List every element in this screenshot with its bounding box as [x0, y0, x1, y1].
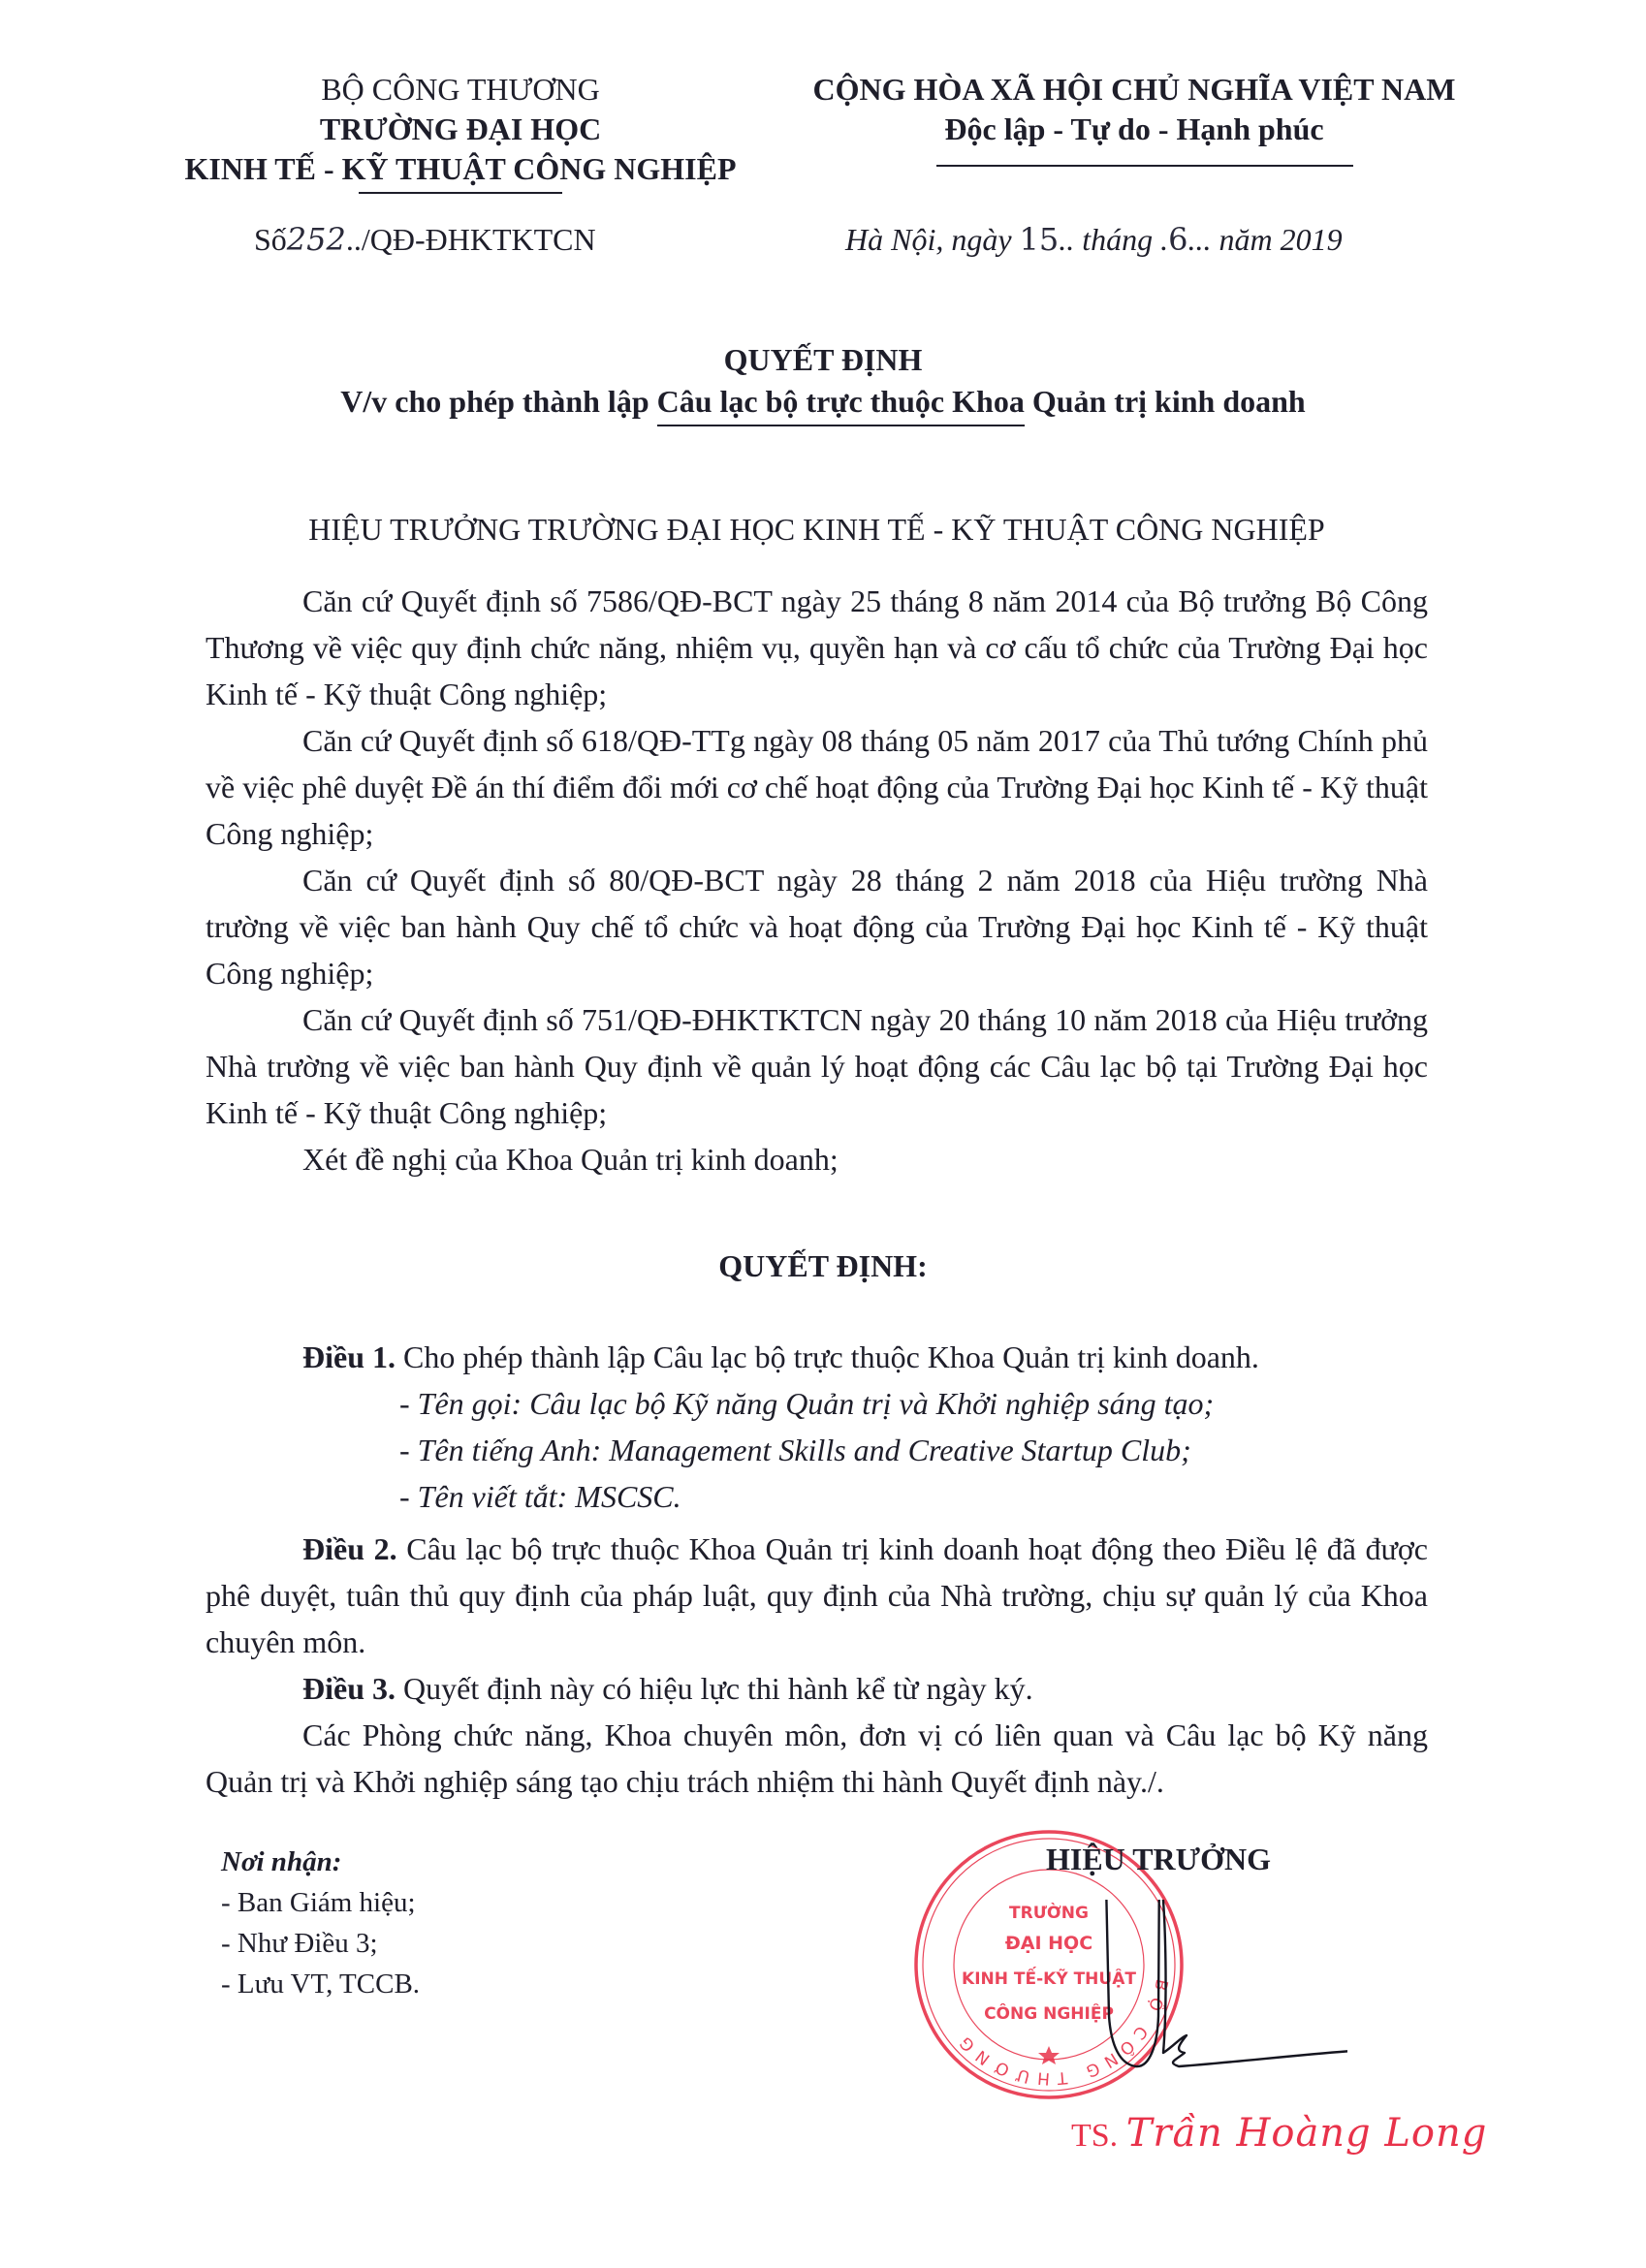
recipient-item: - Lưu VT, TCCB. [221, 1964, 420, 2004]
number-prefix: Số [254, 222, 287, 257]
document-title: QUYẾT ĐỊNH [0, 339, 1646, 381]
article-1-item: - Tên gọi: Câu lạc bộ Kỹ năng Quản trị v… [206, 1380, 1428, 1427]
preamble-paragraph: Căn cứ Quyết định số 80/QĐ-BCT ngày 28 t… [206, 857, 1428, 996]
preamble-paragraph: Căn cứ Quyết định số 618/QĐ-TTg ngày 08 … [206, 717, 1428, 857]
handwritten-number: 252 [287, 221, 346, 258]
month-dots: ... [1188, 222, 1212, 257]
national-motto-block: CỘNG HÒA XÃ HỘI CHỦ NGHĨA VIỆT NAM Độc l… [795, 70, 1473, 149]
number-suffix: /QĐ-ĐHKTKTCN [362, 222, 596, 257]
article-3: Điều 3. Quyết định này có hiệu lực thi h… [206, 1665, 1428, 1712]
ministry-name: BỘ CÔNG THƯƠNG [165, 70, 756, 110]
article-1-item: - Tên viết tắt: MSCSC. [206, 1473, 1428, 1520]
subject-part: V/v cho phép thành lập [340, 384, 656, 419]
number-dots: .. [346, 222, 362, 257]
article-1: Điều 1. Cho phép thành lập Câu lạc bộ tr… [206, 1334, 1428, 1380]
agency-underline [359, 192, 562, 194]
decision-heading: QUYẾT ĐỊNH: [0, 1248, 1646, 1284]
recipient-item: - Như Điều 3; [221, 1923, 420, 1964]
university-name-line2: KINH TẾ - KỸ THUẬT CÔNG NGHIỆP [165, 149, 756, 189]
document-number: Số252../QĐ-ĐHKTKTCN [254, 221, 596, 258]
handwritten-day: 15 [1020, 221, 1060, 258]
preamble: Căn cứ Quyết định số 7586/QĐ-BCT ngày 25… [206, 578, 1428, 1182]
article-text: Quyết định này có hiệu lực thi hành kể t… [396, 1671, 1033, 1706]
subject-part: Quản trị kinh doanh [1025, 384, 1306, 419]
issuing-agency-block: BỘ CÔNG THƯƠNG TRƯỜNG ĐẠI HỌC KINH TẾ - … [165, 70, 756, 189]
article-1-item: - Tên tiếng Anh: Management Skills and C… [206, 1427, 1428, 1473]
country-name: CỘNG HÒA XÃ HỘI CHỦ NGHĨA VIỆT NAM [795, 70, 1473, 110]
preamble-paragraph: Xét đề nghị của Khoa Quản trị kinh doanh… [206, 1136, 1428, 1182]
recipients-block: Nơi nhận: - Ban Giám hiệu; - Như Điều 3;… [221, 1842, 420, 2004]
day-dots: .. [1059, 222, 1074, 257]
preamble-paragraph: Căn cứ Quyết định số 7586/QĐ-BCT ngày 25… [206, 578, 1428, 717]
signer-title: HIỆU TRƯỞNG [1008, 1842, 1309, 1877]
article-label: Điều 3. [302, 1671, 396, 1706]
month-label: tháng . [1074, 222, 1168, 257]
national-motto: Độc lập - Tự do - Hạnh phúc [795, 110, 1473, 149]
recipients-heading: Nơi nhận: [221, 1842, 420, 1882]
article-label: Điều 1. [302, 1339, 396, 1374]
recipient-item: - Ban Giám hiệu; [221, 1882, 420, 1923]
motto-underline [936, 165, 1353, 167]
article-2: Điều 2. Câu lạc bộ trực thuộc Khoa Quản … [206, 1526, 1428, 1665]
articles: Điều 1. Cho phép thành lập Câu lạc bộ tr… [206, 1334, 1428, 1805]
issuing-authority: HIỆU TRƯỞNG TRƯỜNG ĐẠI HỌC KINH TẾ - KỸ … [206, 512, 1428, 548]
preamble-paragraph: Căn cứ Quyết định số 751/QĐ-ĐHKTKTCN ngà… [206, 996, 1428, 1136]
issue-date: Hà Nội, ngày 15.. tháng .6... năm 2019 [845, 221, 1343, 258]
year-label: năm 2019 [1212, 222, 1343, 257]
closing-paragraph: Các Phòng chức năng, Khoa chuyên môn, đơ… [206, 1712, 1428, 1805]
handwritten-signature-icon [960, 1900, 1347, 2132]
subject-underlined: Câu lạc bộ trực thuộc Khoa [657, 384, 1025, 426]
document-subject: V/v cho phép thành lập Câu lạc bộ trực t… [0, 381, 1646, 423]
date-place: Hà Nội, ngày [845, 222, 1020, 257]
document-title-block: QUYẾT ĐỊNH V/v cho phép thành lập Câu lạ… [0, 339, 1646, 423]
article-text: Cho phép thành lập Câu lạc bộ trực thuộc… [396, 1339, 1259, 1374]
handwritten-month: 6 [1168, 221, 1187, 258]
article-label: Điều 2. [302, 1531, 397, 1566]
university-name-line1: TRƯỜNG ĐẠI HỌC [165, 110, 756, 149]
